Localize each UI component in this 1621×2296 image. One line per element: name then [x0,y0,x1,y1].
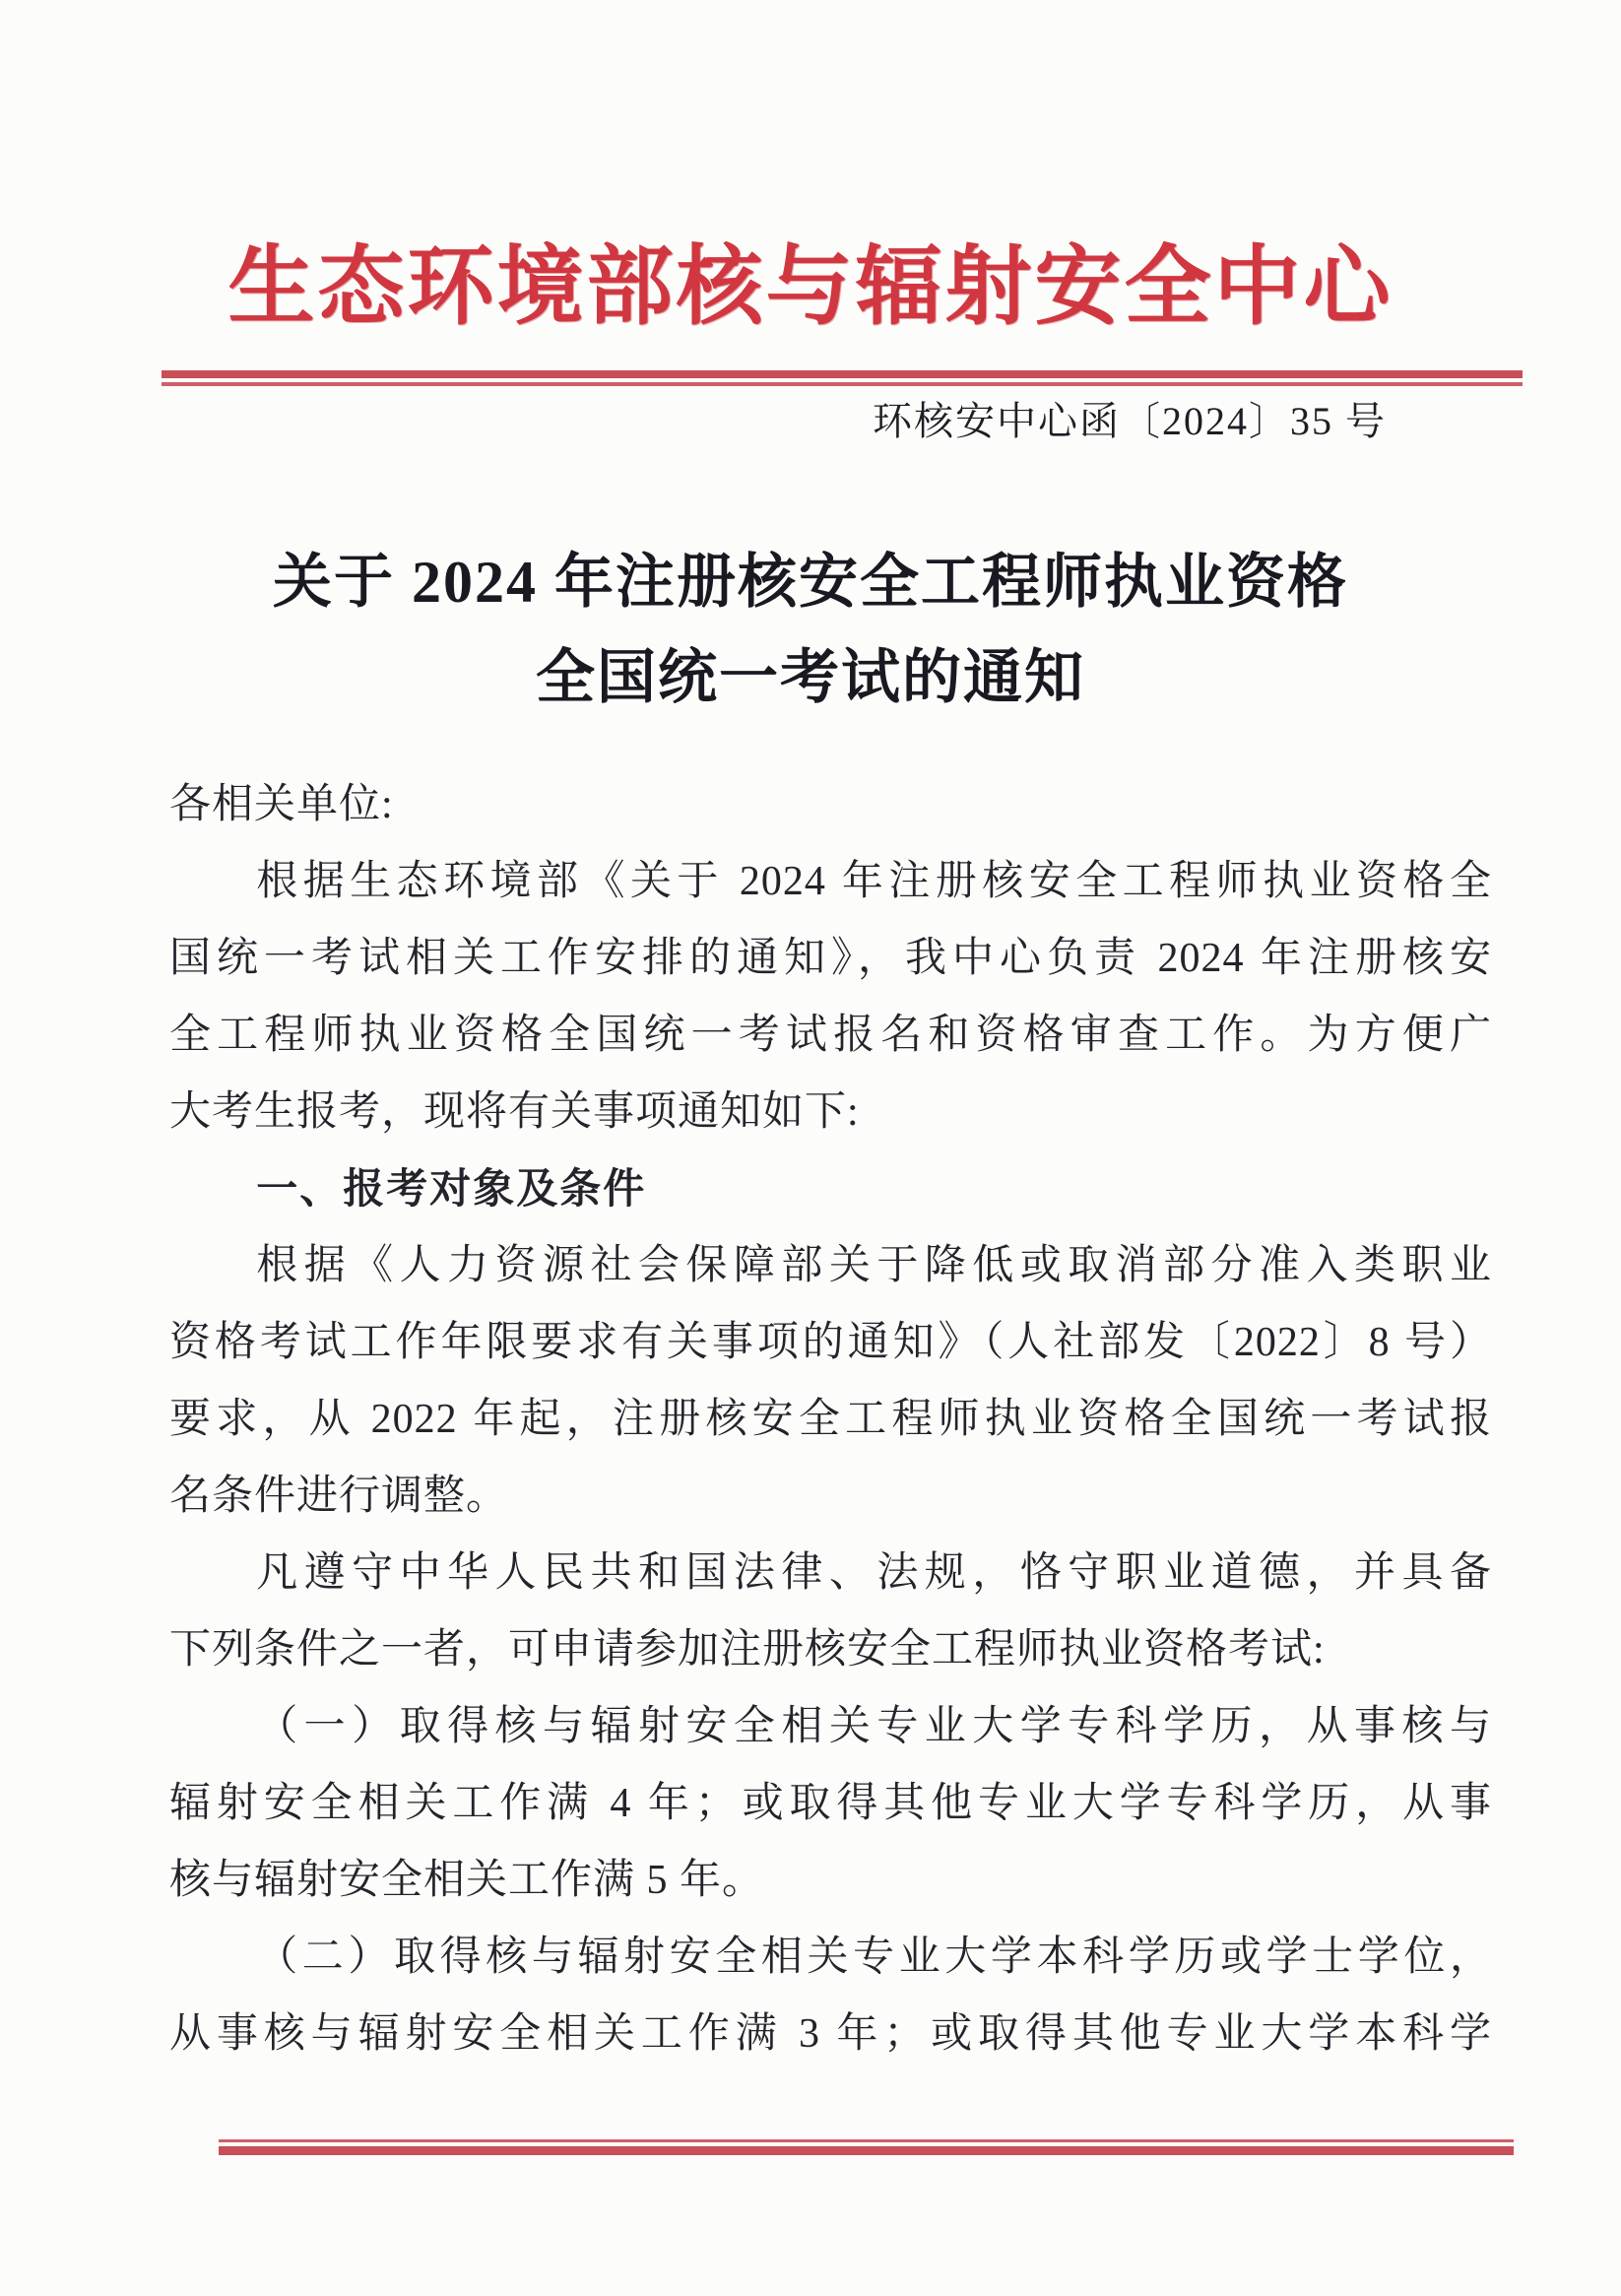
body-line: 从事核与辐射安全相关工作满 3 年；或取得其他专业大学本科学 [169,1996,1492,2072]
body-line: （二）取得核与辐射安全相关专业大学本科学历或学士学位， [169,1919,1492,1996]
body-line: 根据《人力资源社会保障部关于降低或取消部分准入类职业 [169,1227,1492,1304]
body-line: 名条件进行调整。 [169,1458,1492,1535]
body-line: （一）取得核与辐射安全相关专业大学专科学历，从事核与 [169,1688,1492,1765]
notice-title: 关于 2024 年注册核安全工程师执业资格 全国统一考试的通知 [0,535,1621,726]
notice-title-line2: 全国统一考试的通知 [0,630,1621,726]
footer-rule-thin [219,2139,1514,2142]
salutation-line: 各相关单位: [169,766,1492,843]
header-rule-thin [162,382,1523,386]
body-line: 要求，从 2022 年起，注册核安全工程师执业资格全国统一考试报 [169,1381,1492,1458]
header-rule-thick [162,370,1523,378]
body-line: 国统一考试相关工作安排的通知》，我中心负责 2024 年注册核安 [169,920,1492,997]
body-line: 凡遵守中华人民共和国法律、法规，恪守职业道德，并具备 [169,1535,1492,1611]
notice-title-line1: 关于 2024 年注册核安全工程师执业资格 [0,535,1621,630]
body-line: 辐射安全相关工作满 4 年；或取得其他专业大学专科学历，从事 [169,1765,1492,1842]
body-line: 根据生态环境部《关于 2024 年注册核安全工程师执业资格全 [169,843,1492,920]
scanned-notice-page: 生态环境部核与辐射安全中心 环核安中心函〔2024〕35 号 关于 2024 年… [0,0,1621,2296]
body-line: 大考生报考，现将有关事项通知如下: [169,1074,1492,1150]
body-line: 资格考试工作年限要求有关事项的通知》（人社部发〔2022〕8 号） [169,1304,1492,1381]
document-number: 环核安中心函〔2024〕35 号 [873,397,1387,446]
body-line: 全工程师执业资格全国统一考试报名和资格审查工作。为方便广 [169,997,1492,1074]
letterhead-title: 生态环境部核与辐射安全中心 [0,230,1621,348]
notice-body: 各相关单位: 根据生态环境部《关于 2024 年注册核安全工程师执业资格全 国统… [169,766,1492,2072]
section-heading: 一、报考对象及条件 [169,1150,1492,1227]
body-line: 核与辐射安全相关工作满 5 年。 [169,1842,1492,1919]
body-line: 下列条件之一者，可申请参加注册核安全工程师执业资格考试: [169,1611,1492,1688]
footer-rule-thick [219,2146,1514,2155]
